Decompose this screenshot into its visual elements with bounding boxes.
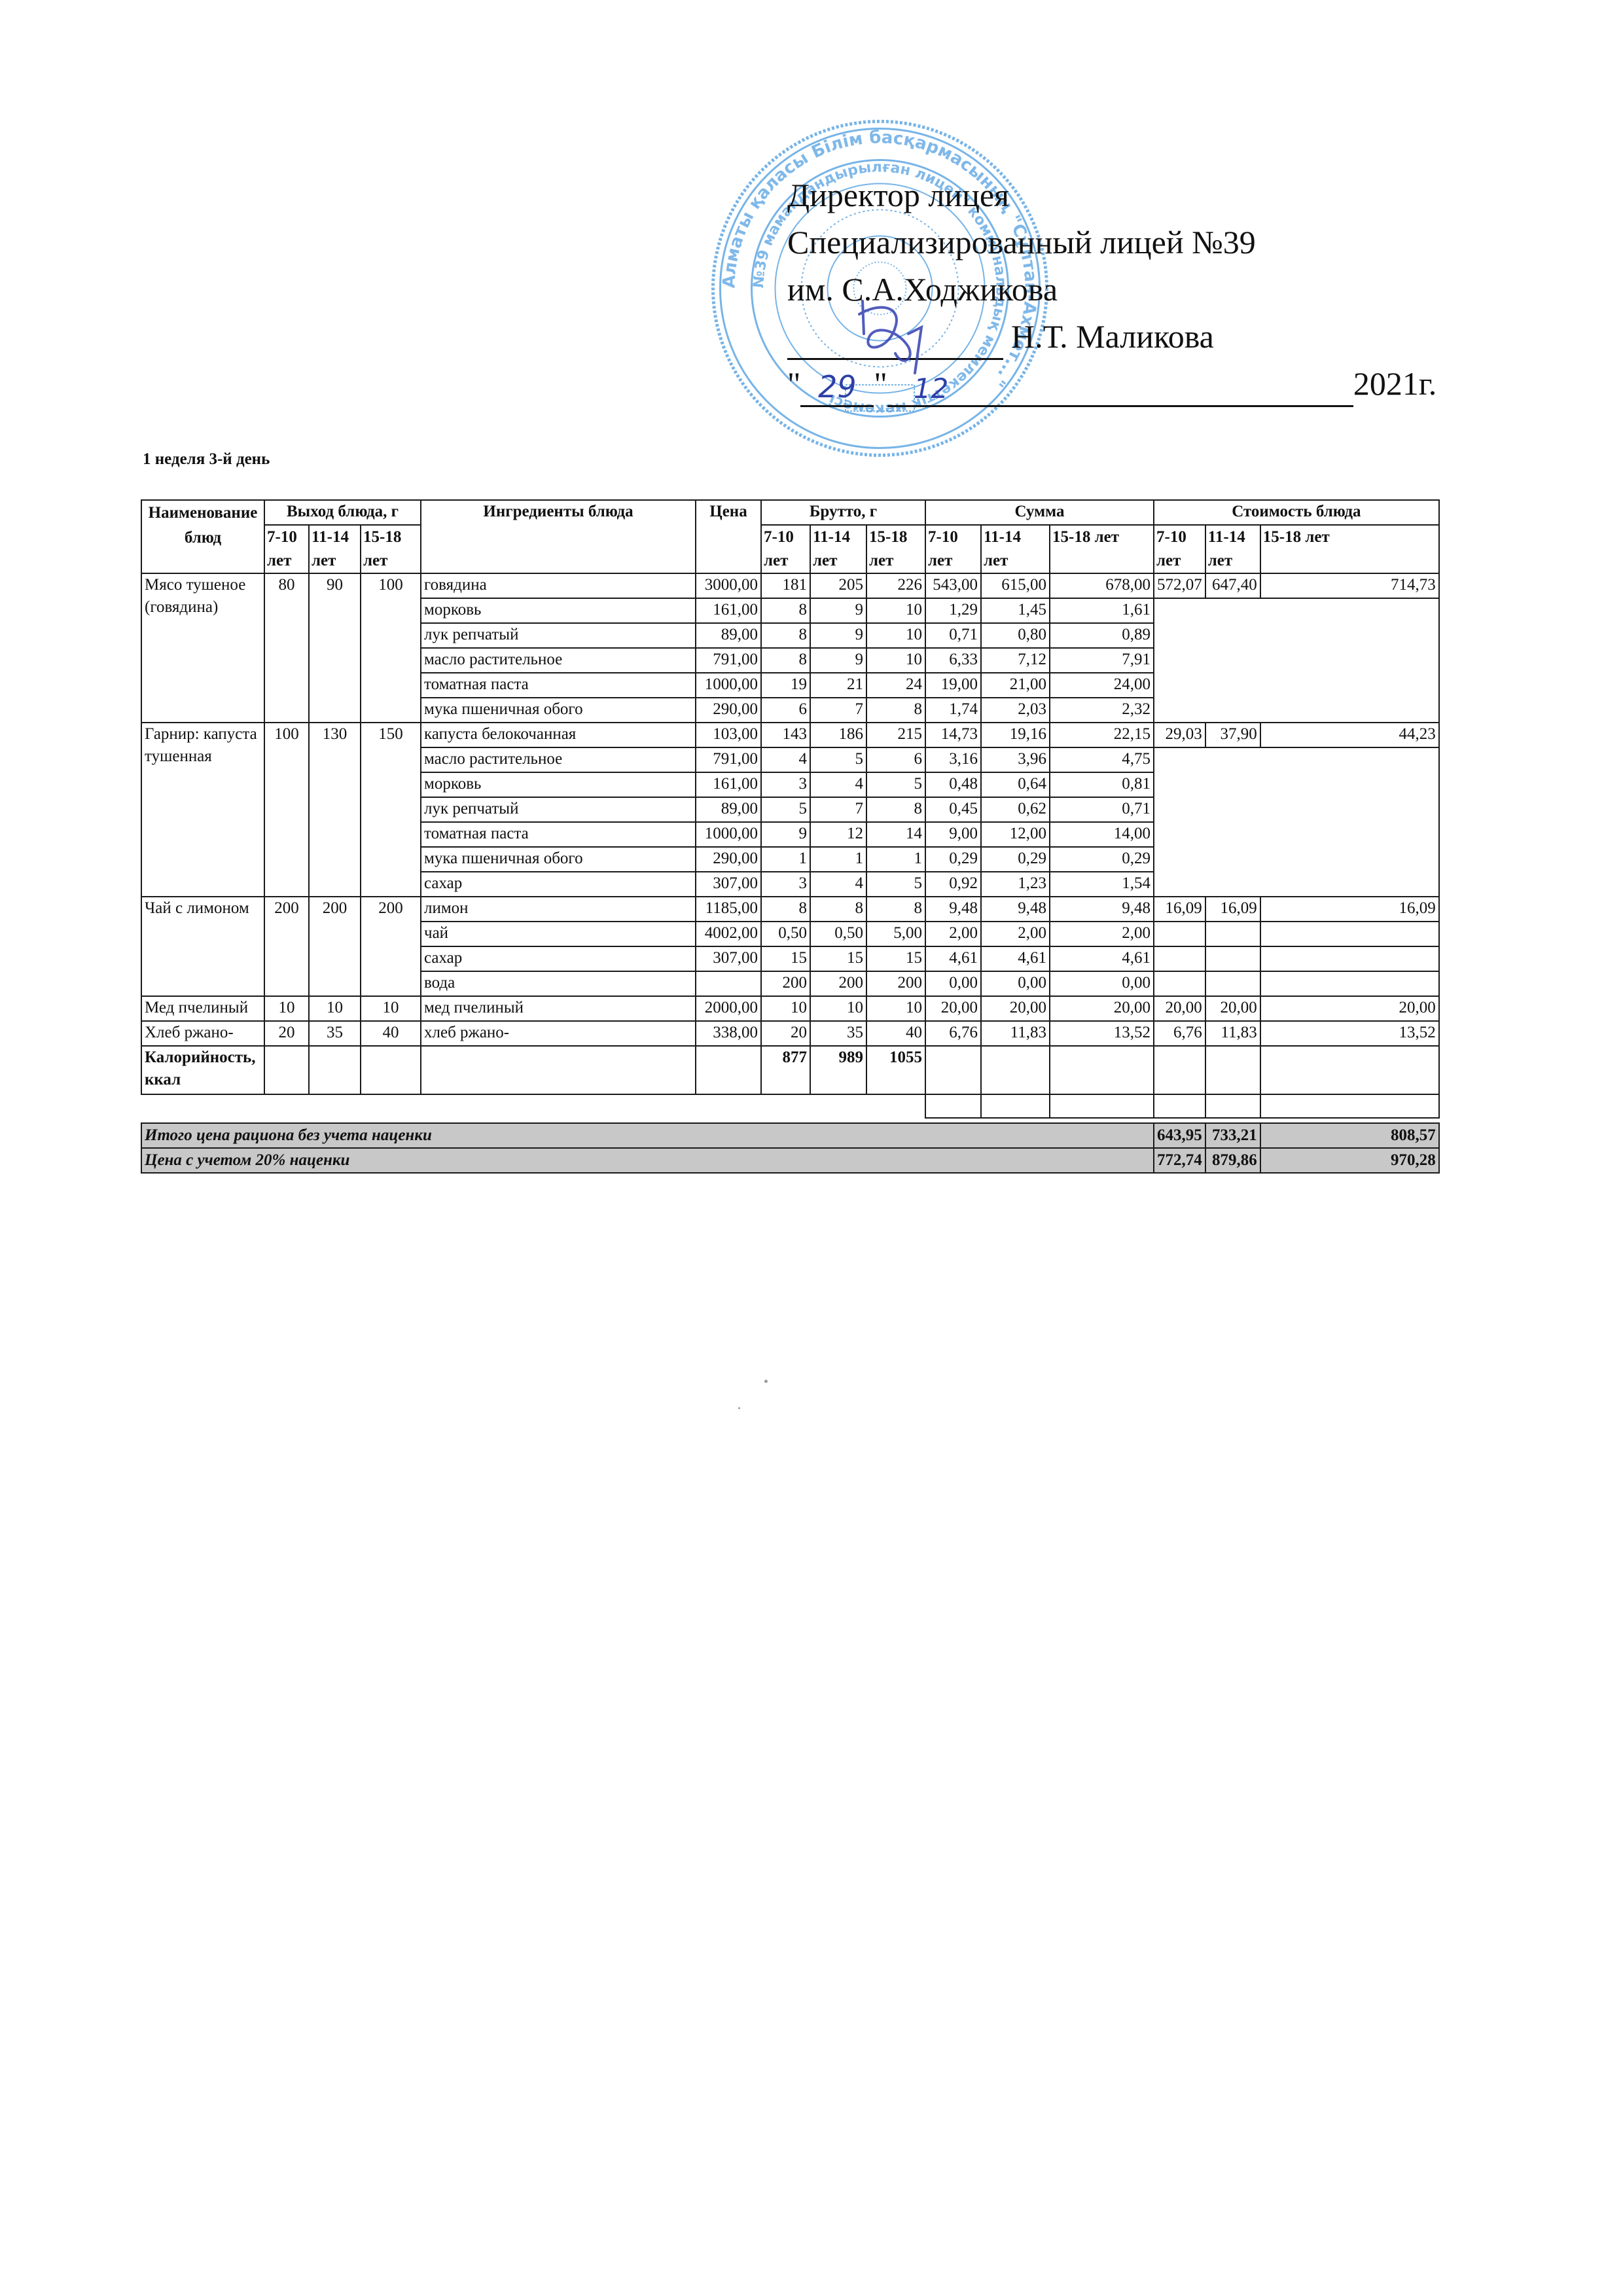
ingredient-price: 2000,00 xyxy=(696,996,761,1021)
ingredient-brutto: 200 xyxy=(761,971,810,996)
header-age-1: 7-10 лет xyxy=(1154,525,1205,573)
dish-cost: 572,07 xyxy=(1154,573,1205,598)
ingredient-name: мед пчелиный xyxy=(421,996,696,1021)
dish-cost: 16,09 xyxy=(1154,897,1205,922)
ingredient-name: чай xyxy=(421,922,696,946)
ingredient-sum: 0,00 xyxy=(925,971,981,996)
header-age-2: 11-14 лет xyxy=(981,525,1050,573)
header-brutto: Брутто, г xyxy=(761,500,925,525)
ingredient-sum: 4,61 xyxy=(981,946,1050,971)
header-ingredients: Ингредиенты блюда xyxy=(421,500,696,573)
dish-yield: 40 xyxy=(361,1021,421,1046)
ingredient-brutto: 181 xyxy=(761,573,810,598)
ingredient-brutto: 143 xyxy=(761,723,810,747)
ingredient-sum: 9,48 xyxy=(981,897,1050,922)
approval-title: Директор лицея xyxy=(787,171,1436,219)
ingredient-price: 307,00 xyxy=(696,946,761,971)
calories-value: 989 xyxy=(810,1046,866,1094)
dish-yield: 200 xyxy=(361,897,421,996)
ingredient-sum: 0,71 xyxy=(925,623,981,648)
ingredient-sum: 13,52 xyxy=(1050,1021,1154,1046)
dish-name: Хлеб ржано- xyxy=(141,1021,264,1046)
ingredient-brutto: 5 xyxy=(866,772,925,797)
empty-cell xyxy=(361,1046,421,1094)
date-month: 12 xyxy=(887,369,1353,407)
dish-name: Гарнир: капуста тушенная xyxy=(141,723,264,897)
table-row: Чай с лимоном200200200лимон1185,008889,4… xyxy=(141,897,1439,922)
empty-cell xyxy=(696,1046,761,1094)
totals-table: Итого цена рациона без учета наценки643,… xyxy=(141,1122,1440,1174)
ingredient-sum: 1,54 xyxy=(1050,872,1154,897)
dish-cost-empty xyxy=(1154,946,1205,971)
ingredient-name: лимон xyxy=(421,897,696,922)
ingredient-brutto: 8 xyxy=(866,897,925,922)
ingredient-brutto: 1 xyxy=(810,847,866,872)
ingredient-sum: 0,00 xyxy=(1050,971,1154,996)
dish-cost-empty xyxy=(1260,971,1439,996)
ingredient-brutto: 6 xyxy=(866,747,925,772)
header-sum: Сумма xyxy=(925,500,1154,525)
ingredient-name: лук репчатый xyxy=(421,797,696,822)
ingredient-price: 290,00 xyxy=(696,698,761,723)
ingredient-brutto: 0,50 xyxy=(761,922,810,946)
ingredient-price: 103,00 xyxy=(696,723,761,747)
ingredient-price: 791,00 xyxy=(696,648,761,673)
ingredient-brutto: 8 xyxy=(761,598,810,623)
ingredient-brutto: 8 xyxy=(810,897,866,922)
dish-yield: 10 xyxy=(309,996,361,1021)
spacer-row xyxy=(141,1094,1439,1118)
ingredient-sum: 1,23 xyxy=(981,872,1050,897)
empty-cell xyxy=(925,1094,981,1118)
dish-cost-empty xyxy=(1154,922,1205,946)
totals-value: 643,95 xyxy=(1154,1123,1205,1148)
ingredient-sum: 20,00 xyxy=(981,996,1050,1021)
dish-cost-empty xyxy=(1205,946,1260,971)
dish-cost: 647,40 xyxy=(1205,573,1260,598)
ingredient-price xyxy=(696,971,761,996)
ingredient-brutto: 15 xyxy=(761,946,810,971)
dish-name: Мясо тушеное (говядина) xyxy=(141,573,264,723)
ingredient-sum: 0,62 xyxy=(981,797,1050,822)
ingredient-sum: 0,00 xyxy=(981,971,1050,996)
empty-cell xyxy=(421,1046,696,1094)
empty-cell xyxy=(309,1046,361,1094)
ingredient-sum: 21,00 xyxy=(981,673,1050,698)
header-age-3: 15-18 лет xyxy=(361,525,421,573)
table-row: Мясо тушеное (говядина)8090100говядина30… xyxy=(141,573,1439,598)
header-age-2: 11-14 лет xyxy=(1205,525,1260,573)
ingredient-brutto: 8 xyxy=(761,623,810,648)
dish-yield: 100 xyxy=(361,573,421,723)
spacer-cell xyxy=(141,1094,925,1118)
dish-cost: 20,00 xyxy=(1154,996,1205,1021)
ingredient-sum: 3,16 xyxy=(925,747,981,772)
ingredient-name: мука пшеничная обого xyxy=(421,698,696,723)
ingredient-sum: 6,76 xyxy=(925,1021,981,1046)
ingredient-brutto: 40 xyxy=(866,1021,925,1046)
ingredient-sum: 4,75 xyxy=(1050,747,1154,772)
ingredient-price: 4002,00 xyxy=(696,922,761,946)
empty-cell xyxy=(1260,1094,1439,1118)
totals-value: 879,86 xyxy=(1205,1148,1260,1173)
header-dish-cost: Стоимость блюда xyxy=(1154,500,1439,525)
dish-cost-empty xyxy=(1205,971,1260,996)
ingredient-brutto: 3 xyxy=(761,872,810,897)
header-row-1: Наименование блюд Выход блюда, г Ингреди… xyxy=(141,500,1439,525)
ingredient-brutto: 9 xyxy=(810,598,866,623)
calories-value: 1055 xyxy=(866,1046,925,1094)
calories-label: Калорийность, ккал xyxy=(141,1046,264,1094)
dish-yield: 200 xyxy=(264,897,309,996)
empty-cell xyxy=(1154,1094,1205,1118)
ingredient-sum: 14,73 xyxy=(925,723,981,747)
ingredient-name: масло растительное xyxy=(421,747,696,772)
ingredient-price: 89,00 xyxy=(696,623,761,648)
empty-cell xyxy=(1154,1046,1205,1094)
dish-cost-empty xyxy=(1260,946,1439,971)
dish-cost-empty xyxy=(1154,971,1205,996)
ingredient-sum: 0,92 xyxy=(925,872,981,897)
ingredient-sum: 678,00 xyxy=(1050,573,1154,598)
header-age-1: 7-10 лет xyxy=(925,525,981,573)
dish-yield: 200 xyxy=(309,897,361,996)
ingredient-brutto: 10 xyxy=(866,648,925,673)
ingredient-name: хлеб ржано- xyxy=(421,1021,696,1046)
calories-row: Калорийность, ккал8779891055 xyxy=(141,1046,1439,1094)
dish-name: Мед пчелиный xyxy=(141,996,264,1021)
dish-cost: 37,90 xyxy=(1205,723,1260,747)
ingredient-sum: 7,12 xyxy=(981,648,1050,673)
ingredient-sum: 20,00 xyxy=(1050,996,1154,1021)
ingredient-sum: 9,48 xyxy=(1050,897,1154,922)
ingredient-name: морковь xyxy=(421,772,696,797)
ingredient-sum: 1,74 xyxy=(925,698,981,723)
dish-yield: 150 xyxy=(361,723,421,897)
ingredient-sum: 0,48 xyxy=(925,772,981,797)
table-row: Гарнир: капуста тушенная100130150капуста… xyxy=(141,723,1439,747)
scan-speck xyxy=(764,1380,768,1383)
approval-signatory: Н.Т. Маликова xyxy=(1011,318,1214,355)
totals-label: Цена с учетом 20% наценки xyxy=(141,1148,1154,1173)
ingredient-brutto: 186 xyxy=(810,723,866,747)
dish-yield: 80 xyxy=(264,573,309,723)
ingredient-sum: 1,61 xyxy=(1050,598,1154,623)
ingredient-brutto: 5 xyxy=(866,872,925,897)
header-age-1: 7-10 лет xyxy=(761,525,810,573)
ingredient-brutto: 8 xyxy=(866,797,925,822)
ingredient-brutto: 9 xyxy=(810,623,866,648)
ingredient-name: томатная паста xyxy=(421,673,696,698)
ingredient-sum: 0,71 xyxy=(1050,797,1154,822)
ingredient-sum: 0,89 xyxy=(1050,623,1154,648)
ingredient-price: 791,00 xyxy=(696,747,761,772)
empty-cell xyxy=(1050,1094,1154,1118)
dish-cost-empty xyxy=(1154,747,1439,897)
dish-yield: 100 xyxy=(264,723,309,897)
approval-organization: Специализированный лицей №39 xyxy=(787,219,1436,266)
ingredient-brutto: 4 xyxy=(761,747,810,772)
ingredient-brutto: 200 xyxy=(810,971,866,996)
ingredient-price: 161,00 xyxy=(696,598,761,623)
ingredient-brutto: 8 xyxy=(866,698,925,723)
ingredient-sum: 22,15 xyxy=(1050,723,1154,747)
empty-cell xyxy=(1205,1094,1260,1118)
header-price: Цена xyxy=(696,500,761,573)
ingredient-sum: 2,00 xyxy=(925,922,981,946)
table-row: Хлеб ржано-203540хлеб ржано-338,00203540… xyxy=(141,1021,1439,1046)
header-age-3: 15-18 лет xyxy=(866,525,925,573)
ingredient-brutto: 5 xyxy=(761,797,810,822)
ingredient-sum: 0,80 xyxy=(981,623,1050,648)
ingredient-brutto: 24 xyxy=(866,673,925,698)
dish-yield: 130 xyxy=(309,723,361,897)
ingredient-brutto: 10 xyxy=(810,996,866,1021)
menu-table: Наименование блюд Выход блюда, г Ингреди… xyxy=(141,499,1440,1119)
ingredient-sum: 0,29 xyxy=(925,847,981,872)
ingredient-sum: 543,00 xyxy=(925,573,981,598)
ingredient-brutto: 15 xyxy=(810,946,866,971)
dish-cost: 714,73 xyxy=(1260,573,1439,598)
dish-name: Чай с лимоном xyxy=(141,897,264,996)
ingredient-brutto: 6 xyxy=(761,698,810,723)
empty-cell xyxy=(981,1046,1050,1094)
table-row: Мед пчелиный101010мед пчелиный2000,00101… xyxy=(141,996,1439,1021)
ingredient-brutto: 19 xyxy=(761,673,810,698)
ingredient-sum: 20,00 xyxy=(925,996,981,1021)
ingredient-price: 161,00 xyxy=(696,772,761,797)
header-dish-name: Наименование блюд xyxy=(141,500,264,573)
ingredient-name: морковь xyxy=(421,598,696,623)
ingredient-brutto: 0,50 xyxy=(810,922,866,946)
ingredient-sum: 3,96 xyxy=(981,747,1050,772)
ingredient-brutto: 8 xyxy=(761,897,810,922)
dish-cost: 6,76 xyxy=(1154,1021,1205,1046)
header-age-1: 7-10 лет xyxy=(264,525,309,573)
ingredient-sum: 615,00 xyxy=(981,573,1050,598)
header-age-3: 15-18 лет xyxy=(1260,525,1439,573)
ingredient-sum: 4,61 xyxy=(1050,946,1154,971)
ingredient-sum: 6,33 xyxy=(925,648,981,673)
header-row-2: 7-10 лет11-14 лет15-18 лет7-10 лет11-14 … xyxy=(141,525,1439,573)
ingredient-sum: 0,81 xyxy=(1050,772,1154,797)
dish-cost: 44,23 xyxy=(1260,723,1439,747)
ingredient-brutto: 35 xyxy=(810,1021,866,1046)
ingredient-brutto: 226 xyxy=(866,573,925,598)
ingredient-price: 1185,00 xyxy=(696,897,761,922)
scan-speck xyxy=(738,1407,740,1409)
ingredient-name: томатная паста xyxy=(421,822,696,847)
date-year: 2021г. xyxy=(1353,365,1436,402)
empty-cell xyxy=(925,1046,981,1094)
ingredient-sum: 4,61 xyxy=(925,946,981,971)
ingredient-sum: 9,48 xyxy=(925,897,981,922)
dish-cost: 16,09 xyxy=(1260,897,1439,922)
ingredient-price: 1000,00 xyxy=(696,673,761,698)
ingredient-brutto: 15 xyxy=(866,946,925,971)
ingredient-name: вода xyxy=(421,971,696,996)
ingredient-sum: 7,91 xyxy=(1050,648,1154,673)
ingredient-brutto: 9 xyxy=(810,648,866,673)
ingredient-price: 307,00 xyxy=(696,872,761,897)
header-yield: Выход блюда, г xyxy=(264,500,421,525)
dish-cost: 20,00 xyxy=(1260,996,1439,1021)
ingredient-brutto: 215 xyxy=(866,723,925,747)
totals-row: Итого цена рациона без учета наценки643,… xyxy=(141,1123,1439,1148)
totals-value: 772,74 xyxy=(1154,1148,1205,1173)
ingredient-sum: 19,00 xyxy=(925,673,981,698)
dish-cost-empty xyxy=(1260,922,1439,946)
ingredient-price: 3000,00 xyxy=(696,573,761,598)
ingredient-price: 290,00 xyxy=(696,847,761,872)
date-open-quote: " xyxy=(787,360,800,407)
ingredient-name: сахар xyxy=(421,872,696,897)
dish-cost: 20,00 xyxy=(1205,996,1260,1021)
ingredient-price: 1000,00 xyxy=(696,822,761,847)
ingredient-sum: 24,00 xyxy=(1050,673,1154,698)
ingredient-brutto: 1 xyxy=(866,847,925,872)
ingredient-sum: 14,00 xyxy=(1050,822,1154,847)
calories-value: 877 xyxy=(761,1046,810,1094)
empty-cell xyxy=(1260,1046,1439,1094)
ingredient-sum: 2,00 xyxy=(981,922,1050,946)
dish-cost: 13,52 xyxy=(1260,1021,1439,1046)
ingredient-brutto: 8 xyxy=(761,648,810,673)
ingredient-brutto: 205 xyxy=(810,573,866,598)
dish-cost: 29,03 xyxy=(1154,723,1205,747)
ingredient-brutto: 10 xyxy=(866,623,925,648)
ingredient-brutto: 21 xyxy=(810,673,866,698)
totals-value: 808,57 xyxy=(1260,1123,1439,1148)
ingredient-brutto: 12 xyxy=(810,822,866,847)
ingredient-sum: 12,00 xyxy=(981,822,1050,847)
ingredient-brutto: 4 xyxy=(810,772,866,797)
ingredient-sum: 2,00 xyxy=(1050,922,1154,946)
signature-icon xyxy=(823,288,941,386)
ingredient-name: лук репчатый xyxy=(421,623,696,648)
ingredient-brutto: 3 xyxy=(761,772,810,797)
ingredient-brutto: 1 xyxy=(761,847,810,872)
ingredient-brutto: 9 xyxy=(761,822,810,847)
ingredient-sum: 0,29 xyxy=(1050,847,1154,872)
totals-value: 970,28 xyxy=(1260,1148,1439,1173)
dish-cost: 11,83 xyxy=(1205,1021,1260,1046)
ingredient-brutto: 20 xyxy=(761,1021,810,1046)
ingredient-brutto: 5 xyxy=(810,747,866,772)
ingredient-brutto: 10 xyxy=(866,996,925,1021)
dish-yield: 35 xyxy=(309,1021,361,1046)
dish-yield: 10 xyxy=(361,996,421,1021)
ingredient-price: 338,00 xyxy=(696,1021,761,1046)
ingredient-name: мука пшеничная обого xyxy=(421,847,696,872)
header-age-2: 11-14 лет xyxy=(810,525,866,573)
ingredient-brutto: 7 xyxy=(810,698,866,723)
empty-cell xyxy=(1050,1046,1154,1094)
ingredient-sum: 0,64 xyxy=(981,772,1050,797)
ingredient-name: говядина xyxy=(421,573,696,598)
ingredient-sum: 0,45 xyxy=(925,797,981,822)
ingredient-name: капуста белокочанная xyxy=(421,723,696,747)
totals-row: Цена с учетом 20% наценки772,74879,86970… xyxy=(141,1148,1439,1173)
empty-cell xyxy=(981,1094,1050,1118)
ingredient-name: масло растительное xyxy=(421,648,696,673)
header-age-2: 11-14 лет xyxy=(309,525,361,573)
ingredient-brutto: 4 xyxy=(810,872,866,897)
ingredient-sum: 1,29 xyxy=(925,598,981,623)
ingredient-brutto: 10 xyxy=(761,996,810,1021)
ingredient-brutto: 5,00 xyxy=(866,922,925,946)
totals-value: 733,21 xyxy=(1205,1123,1260,1148)
ingredient-sum: 2,03 xyxy=(981,698,1050,723)
ingredient-brutto: 200 xyxy=(866,971,925,996)
ingredient-brutto: 14 xyxy=(866,822,925,847)
totals-label: Итого цена рациона без учета наценки xyxy=(141,1123,1154,1148)
ingredient-sum: 11,83 xyxy=(981,1021,1050,1046)
dish-yield: 90 xyxy=(309,573,361,723)
ingredient-sum: 9,00 xyxy=(925,822,981,847)
ingredient-brutto: 7 xyxy=(810,797,866,822)
header-age-3: 15-18 лет xyxy=(1050,525,1154,573)
dish-yield: 10 xyxy=(264,996,309,1021)
dish-cost: 16,09 xyxy=(1205,897,1260,922)
dish-cost-empty xyxy=(1154,598,1439,723)
ingredient-sum: 2,32 xyxy=(1050,698,1154,723)
week-day-label: 1 неделя 3-й день xyxy=(143,450,270,469)
dish-yield: 20 xyxy=(264,1021,309,1046)
empty-cell xyxy=(264,1046,309,1094)
ingredient-price: 89,00 xyxy=(696,797,761,822)
empty-cell xyxy=(1205,1046,1260,1094)
dish-cost-empty xyxy=(1205,922,1260,946)
ingredient-sum: 19,16 xyxy=(981,723,1050,747)
ingredient-sum: 0,29 xyxy=(981,847,1050,872)
ingredient-sum: 1,45 xyxy=(981,598,1050,623)
ingredient-brutto: 10 xyxy=(866,598,925,623)
ingredient-name: сахар xyxy=(421,946,696,971)
